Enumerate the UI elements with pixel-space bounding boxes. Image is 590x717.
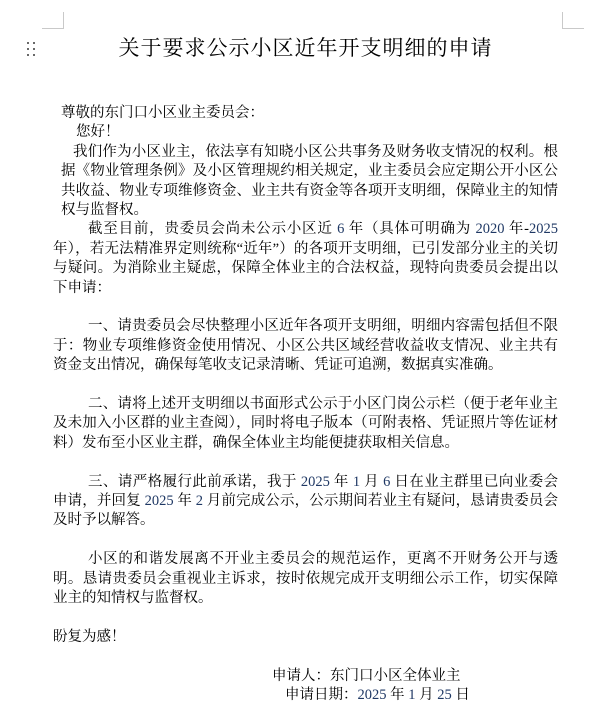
highlight-number: 25: [437, 687, 452, 703]
document-title: 关于要求公示小区近年开支明细的申请: [53, 36, 558, 61]
handle-dot: [33, 48, 35, 50]
greeting-line: 您好！: [61, 123, 558, 142]
text-run: 月: [416, 687, 438, 703]
document-page: 关于要求公示小区近年开支明细的申请 尊敬的东门口小区业主委员会： 您好！ 我们作…: [0, 0, 590, 717]
salutation-line: 尊敬的东门口小区业主委员会：: [61, 104, 558, 123]
handle-dot: [27, 54, 29, 56]
signature-date-line: 申请日期：2025 年 1 月 25 日: [285, 686, 558, 705]
margin-corner-mark-top-right-icon: [562, 12, 584, 29]
paragraph-drag-handle-icon[interactable]: [27, 42, 35, 56]
paragraph-request-3: 三、请严格履行此前承诺，我于 2025 年 1 月 6 日在业主群里已向业委会申…: [53, 473, 558, 531]
text-run: 年: [174, 493, 196, 509]
handle-dot: [27, 42, 29, 44]
paragraph-appeal: 小区的和谐发展离不开业主委员会的规范运作，更离不开财务公开与透明。恳请贵委员会重…: [53, 550, 558, 608]
highlight-number: 2025: [358, 687, 387, 703]
text-run: 申请日期：: [285, 687, 358, 703]
margin-corner-mark-top-left-icon: [42, 12, 64, 29]
handle-dot: [27, 48, 29, 50]
handle-dot: [33, 54, 35, 56]
handle-dot: [33, 42, 35, 44]
text-run: 年: [330, 474, 353, 490]
text-run: 截至目前，贵委员会尚未公示小区近: [88, 221, 337, 237]
text-run: 我们作为小区业主，依法享有知晓小区公共事务及财务收支情况的权利。根据《物业管理条…: [61, 144, 558, 218]
paragraph-intro: 我们作为小区业主，依法享有知晓小区公共事务及财务收支情况的权利。根据《物业管理条…: [61, 143, 558, 221]
text-run: 年（具体可明确为: [344, 221, 475, 237]
highlight-number: 2025: [145, 493, 174, 509]
highlight-number: 1: [408, 687, 415, 703]
highlight-number: 2025: [529, 221, 558, 237]
text-run: 三、请严格履行此前承诺，我于: [88, 474, 301, 490]
highlight-number: 1: [353, 474, 360, 490]
highlight-number: 2: [196, 493, 203, 509]
text-run: 年），若无法精准界定则统称“近年”）的各项开支明细，已引发部分业主的关切与疑问。…: [53, 241, 558, 296]
text-run: 二、请将上述开支明细以书面形式公示于小区门岗公示栏（便于老年业主及未加入小区群的…: [53, 396, 558, 451]
text-run: 小区的和谐发展离不开业主委员会的规范运作，更离不开财务公开与透明。恳请贵委员会重…: [53, 551, 558, 606]
paragraph-request-2: 二、请将上述开支明细以书面形式公示于小区门岗公示栏（便于老年业主及未加入小区群的…: [53, 395, 558, 453]
text-run: 日: [452, 687, 470, 703]
paragraph-situation: 截至目前，贵委员会尚未公示小区近 6 年（具体可明确为 2020 年-2025 …: [53, 220, 558, 298]
text-run: 申请人：东门口小区全体业主: [272, 668, 461, 684]
text-run: 年: [387, 687, 409, 703]
text-run: 年-: [504, 221, 529, 237]
paragraph-request-1: 一、请贵委员会尽快整理小区近年各项开支明细，明细内容需包括但不限于：物业专项维修…: [53, 317, 558, 375]
text-run: 一、请贵委员会尽快整理小区近年各项开支明细，明细内容需包括但不限于：物业专项维修…: [53, 318, 558, 373]
text-run: 月: [360, 474, 383, 490]
highlight-number: 2020: [475, 221, 504, 237]
closing-line: 盼复为感！: [53, 628, 558, 647]
signature-applicant-line: 申请人：东门口小区全体业主: [272, 667, 558, 686]
highlight-number: 2025: [301, 474, 330, 490]
